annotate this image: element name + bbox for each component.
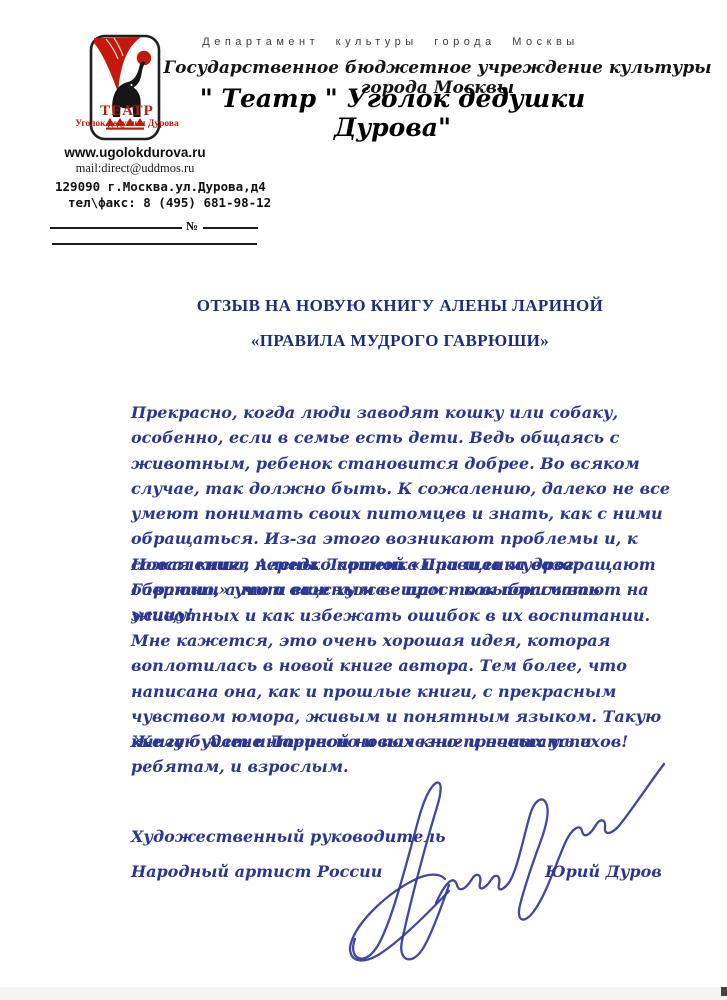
ref-rule-right	[203, 227, 258, 229]
ref-rule-left	[50, 227, 182, 229]
department-line: Департамент культуры города Москвы	[178, 36, 603, 48]
theater-name: " Театр " Уголок дедушки Дурова"	[145, 84, 640, 142]
scan-bottom-edge	[0, 987, 727, 1000]
number-sign: №	[183, 219, 201, 234]
scan-edge-mark	[721, 987, 727, 996]
signature-icon	[318, 743, 668, 975]
phone-fax: тел\факс: 8 (495) 681-98-12	[68, 195, 271, 210]
email-text: mail:direct@uddmos.ru	[40, 161, 230, 176]
letter-title-line2: «ПРАВИЛА МУДРОГО ГАВРЮШИ»	[130, 331, 670, 351]
scanned-letter: ТЕАТР Уголок дедушки Дурова Департамент …	[0, 0, 727, 1000]
postal-address: 129090 г.Москва.ул.Дурова,д4	[55, 179, 266, 194]
date-rule	[52, 243, 257, 245]
website-text: www.ugolokdurova.ru	[40, 145, 230, 160]
paragraph-2: Новая книга Алены Лариной «Правила мудро…	[131, 552, 679, 628]
letter-title-line1: ОТЗЫВ НА НОВУЮ КНИГУ АЛЕНЫ ЛАРИНОЙ	[130, 296, 670, 316]
